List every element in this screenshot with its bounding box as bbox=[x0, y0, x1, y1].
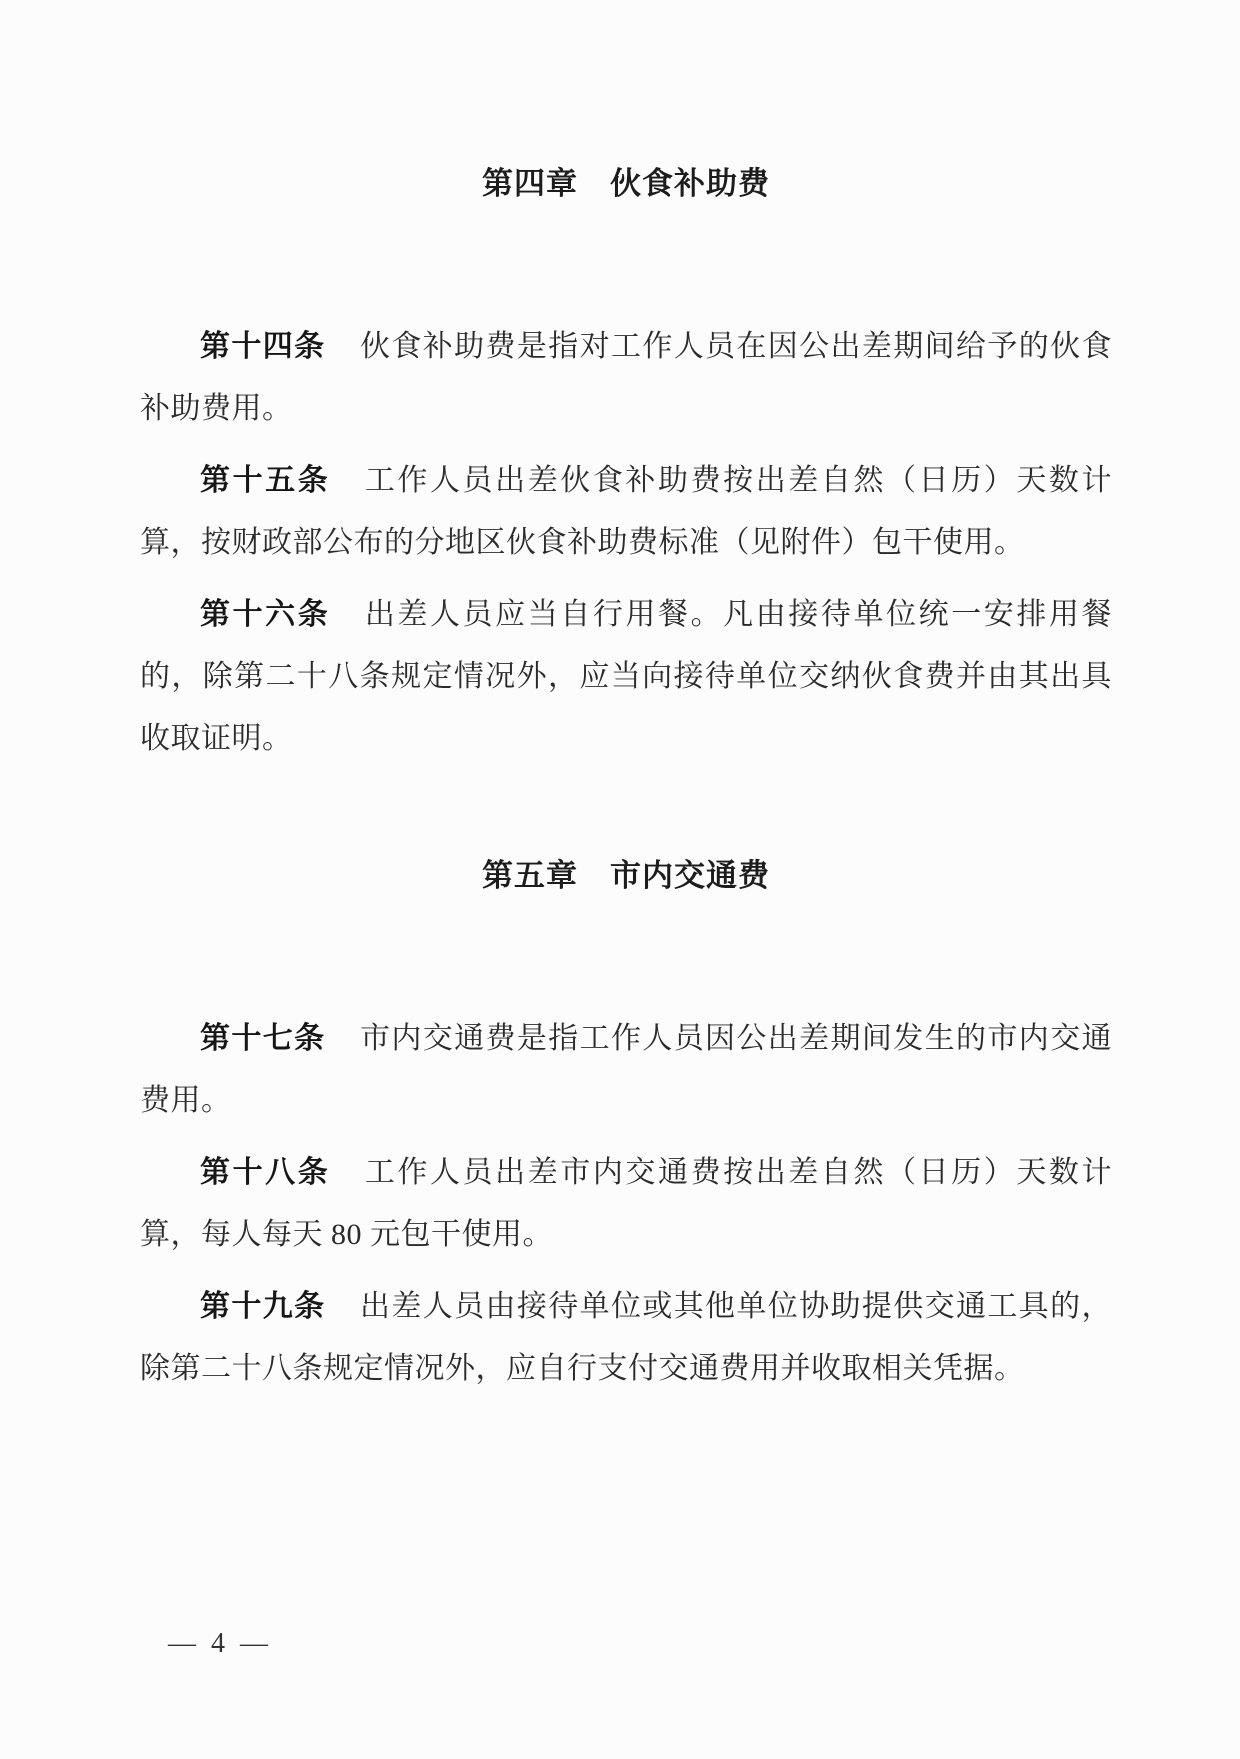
chapter-5-body: 第十七条市内交通费是指工作人员因公出差期间发生的市内交通费用。 第十八条工作人员… bbox=[140, 1008, 1112, 1400]
article-18-label: 第十八条 bbox=[200, 1156, 330, 1189]
article-16: 第十六条出差人员应当自行用餐。凡由接待单位统一安排用餐的，除第二十八条规定情况外… bbox=[140, 584, 1112, 770]
chapter-4-body: 第十四条伙食补助费是指对工作人员在因公出差期间给予的伙食补助费用。 第十五条工作… bbox=[140, 316, 1112, 770]
chapter-5-title: 第五章 市内交通费 bbox=[140, 854, 1112, 898]
article-14-label: 第十四条 bbox=[200, 330, 325, 363]
article-17: 第十七条市内交通费是指工作人员因公出差期间发生的市内交通费用。 bbox=[140, 1008, 1112, 1132]
article-19-label: 第十九条 bbox=[200, 1290, 325, 1323]
article-17-label: 第十七条 bbox=[200, 1022, 325, 1055]
article-16-label: 第十六条 bbox=[200, 598, 330, 631]
document-page: 第四章 伙食补助费 第十四条伙食补助费是指对工作人员在因公出差期间给予的伙食补助… bbox=[0, 0, 1240, 1759]
article-14: 第十四条伙食补助费是指对工作人员在因公出差期间给予的伙食补助费用。 bbox=[140, 316, 1112, 440]
article-15: 第十五条工作人员出差伙食补助费按出差自然（日历）天数计算，按财政部公布的分地区伙… bbox=[140, 450, 1112, 574]
chapter-4-title: 第四章 伙食补助费 bbox=[140, 162, 1112, 206]
article-18: 第十八条工作人员出差市内交通费按出差自然（日历）天数计算，每人每天 80 元包干… bbox=[140, 1142, 1112, 1266]
page-number: — 4 — bbox=[168, 1628, 272, 1660]
article-19: 第十九条出差人员由接待单位或其他单位协助提供交通工具的，除第二十八条规定情况外，… bbox=[140, 1276, 1112, 1400]
article-15-label: 第十五条 bbox=[200, 464, 330, 497]
